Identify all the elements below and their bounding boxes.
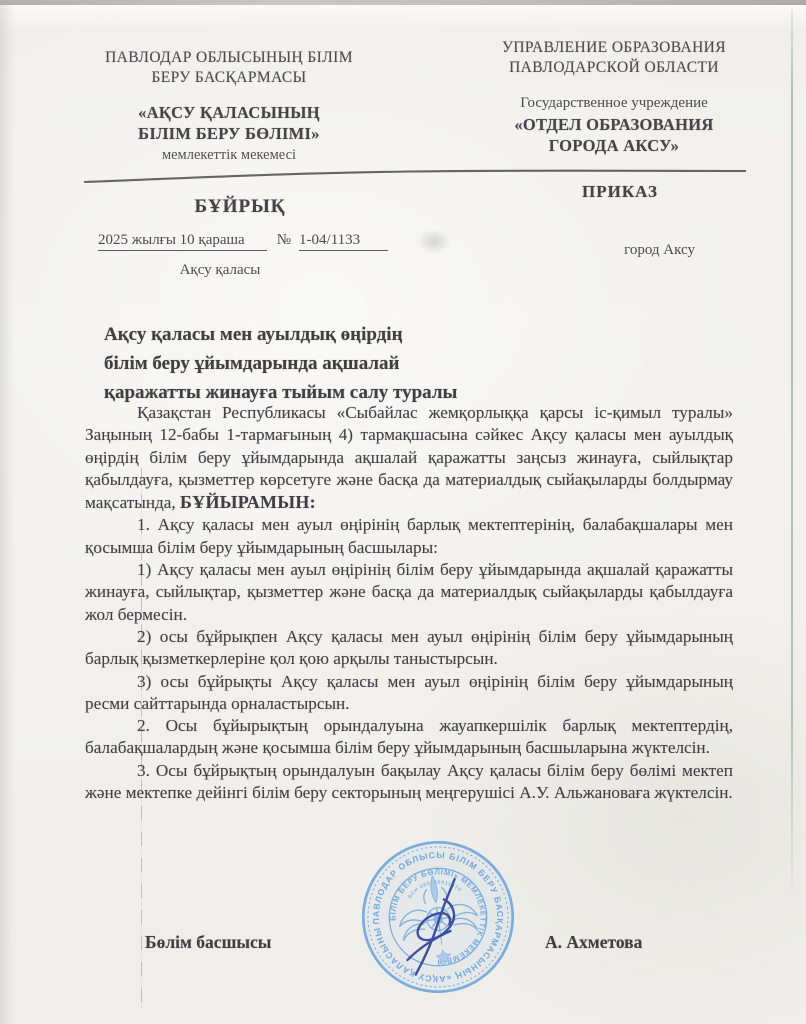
order-number: 1-04/1133 (299, 232, 388, 251)
order-paragraph: 2. Осы бұйырықтың орындалуына жауапкерші… (85, 715, 733, 760)
document-title: Ақсу қаласы мен ауылдық өңірдің білім бе… (104, 320, 564, 407)
order-verb: БҰЙЫРАМЫН: (180, 492, 316, 512)
order-paragraph: 3) осы бұйрықты Ақсу қаласы мен ауыл өңі… (85, 671, 733, 716)
dept-name-ru-line2: ПАВЛОДАРСКОЙ ОБЛАСТИ (452, 58, 776, 78)
place-kazakh: Ақсу қаласы (150, 262, 290, 279)
number-sign: № (277, 232, 291, 249)
scanned-document-page: ПАВЛОДАР ОБЛЫСЫНЫҢ БІЛІМ БЕРУ БАСҚАРМАСЫ… (0, 0, 806, 1024)
order-body: Қазақстан Республикасы «Сыбайлас жемқорл… (85, 402, 733, 804)
signatory-name: А. Ахметова (545, 932, 642, 953)
doc-type-kazakh: БҰЙРЫҚ (140, 196, 340, 218)
org-type-ru: Государственное учреждение (452, 94, 776, 113)
scan-top-highlight (0, 5, 806, 31)
org-name-ru-line2: ГОРОДА АКСУ» (452, 135, 776, 156)
letterhead-russian: УПРАВЛЕНИЕ ОБРАЗОВАНИЯ ПАВЛОДАРСКОЙ ОБЛА… (452, 38, 776, 156)
order-paragraph: 1) Ақсу қаласы мен ауыл өңірінің білім б… (85, 559, 733, 626)
order-paragraph: 2) осы бұйрықпен Ақсу қаласы мен ауыл өң… (85, 626, 733, 671)
letterhead-kazakh: ПАВЛОДАР ОБЛЫСЫНЫҢ БІЛІМ БЕРУ БАСҚАРМАСЫ… (88, 48, 370, 164)
page-edge-line (791, 10, 793, 890)
title-line1: Ақсу қаласы мен ауылдық өңірдің (104, 320, 564, 349)
org-name-ru-line1: «ОТДЕЛ ОБРАЗОВАНИЯ (452, 114, 776, 135)
intro-paragraph: Қазақстан Республикасы «Сыбайлас жемқорл… (85, 402, 733, 514)
org-name-kk-line1: «АҚСУ ҚАЛАСЫНЫҢ (88, 102, 370, 123)
scan-left-shadow (0, 0, 14, 1024)
order-date: 2025 жылғы 10 қараша (98, 232, 267, 251)
org-type-kk: мемлекеттік мекемесі (88, 146, 370, 165)
order-paragraph: 3. Осы бұйрықтың орындалуын бақылау Ақсу… (85, 760, 733, 805)
title-line2: білім беру ұйымдарында ақшалай (104, 349, 564, 378)
org-name-kk-line2: БІЛІМ БЕРУ БӨЛІМІ» (88, 123, 370, 144)
dept-name-kk-line2: БЕРУ БАСҚАРМАСЫ (88, 68, 370, 88)
place-russian: город Аксу (555, 242, 695, 259)
official-stamp: ПАВЛОДАР ОБЛЫСЫ БІЛІМ БЕРУ БАСҚАРМАСЫНЫҢ… (344, 823, 531, 1010)
order-paragraph: 1. Ақсу қаласы мен ауыл өңірінің барлық … (85, 514, 733, 559)
dept-name-kk-line1: ПАВЛОДАР ОБЛЫСЫНЫҢ БІЛІМ (88, 48, 370, 68)
doc-type-russian: ПРИКАЗ (540, 182, 700, 202)
dept-name-ru-line1: УПРАВЛЕНИЕ ОБРАЗОВАНИЯ (452, 38, 776, 58)
signatory-role: Бөлім басшысы (145, 932, 271, 953)
